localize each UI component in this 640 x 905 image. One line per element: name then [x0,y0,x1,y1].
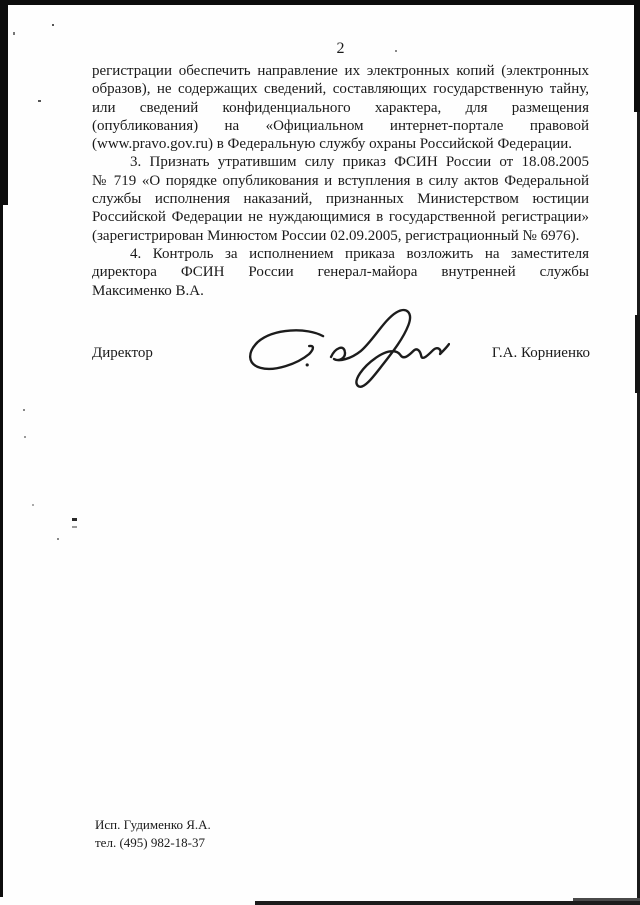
signatory-name: Г.А. Корниенко [460,345,590,362]
document-body: регистрации обеспечить направление их эл… [92,62,589,300]
page-number: 2 [92,40,589,58]
scan-edge-right-top [634,0,640,112]
scan-speckle [52,24,54,26]
scan-speckle [13,32,15,35]
scan-speckle [24,436,26,438]
text-line: регистрации обеспечить направление их эл… [92,62,589,80]
text-line: (www.pravo.gov.ru) в Федеральную службу … [92,135,589,153]
scan-edge-top [0,0,640,5]
executor-line: Исп. Гудименко Я.А. [95,816,211,834]
text-line: директора ФСИН России генерал-майора вну… [92,263,589,281]
scan-artifact-colon [72,526,77,528]
text-line: службы исполнения наказаний, признанных … [92,190,589,208]
scan-edge-bottom [255,901,640,905]
text-line: (опубликования) на «Официальном интернет… [92,117,589,135]
text-line: образов), не содержащих сведений, состав… [92,80,589,98]
text-line: № 719 «О порядке опубликования и вступле… [92,172,589,190]
scan-edge-right-mid [635,315,640,393]
scan-artifact-colon [72,518,77,521]
scan-speckle [57,538,59,540]
text-line: (зарегистрирован Минюстом России 02.09.2… [92,227,589,245]
scan-speckle [38,100,41,102]
signature-title: Директор [92,345,153,362]
text-line: 4. Контроль за исполнением приказа возло… [92,245,589,263]
phone-line: тел. (495) 982-18-37 [95,834,211,852]
footer: Исп. Гудименко Я.А. тел. (495) 982-18-37 [95,816,211,851]
text-line: Российской Федерации не нуждающимися в г… [92,208,589,226]
text-line: или сведений конфиденциального характера… [92,99,589,117]
handwritten-signature-icon [212,298,450,410]
scanned-document-page: 2 регистрации обеспечить направление их … [0,0,640,905]
scan-edge-left-top [0,0,8,205]
scan-speckle [32,504,34,506]
text-line: 3. Признать утратившим силу приказ ФСИН … [92,153,589,171]
scan-speckle [23,409,25,411]
